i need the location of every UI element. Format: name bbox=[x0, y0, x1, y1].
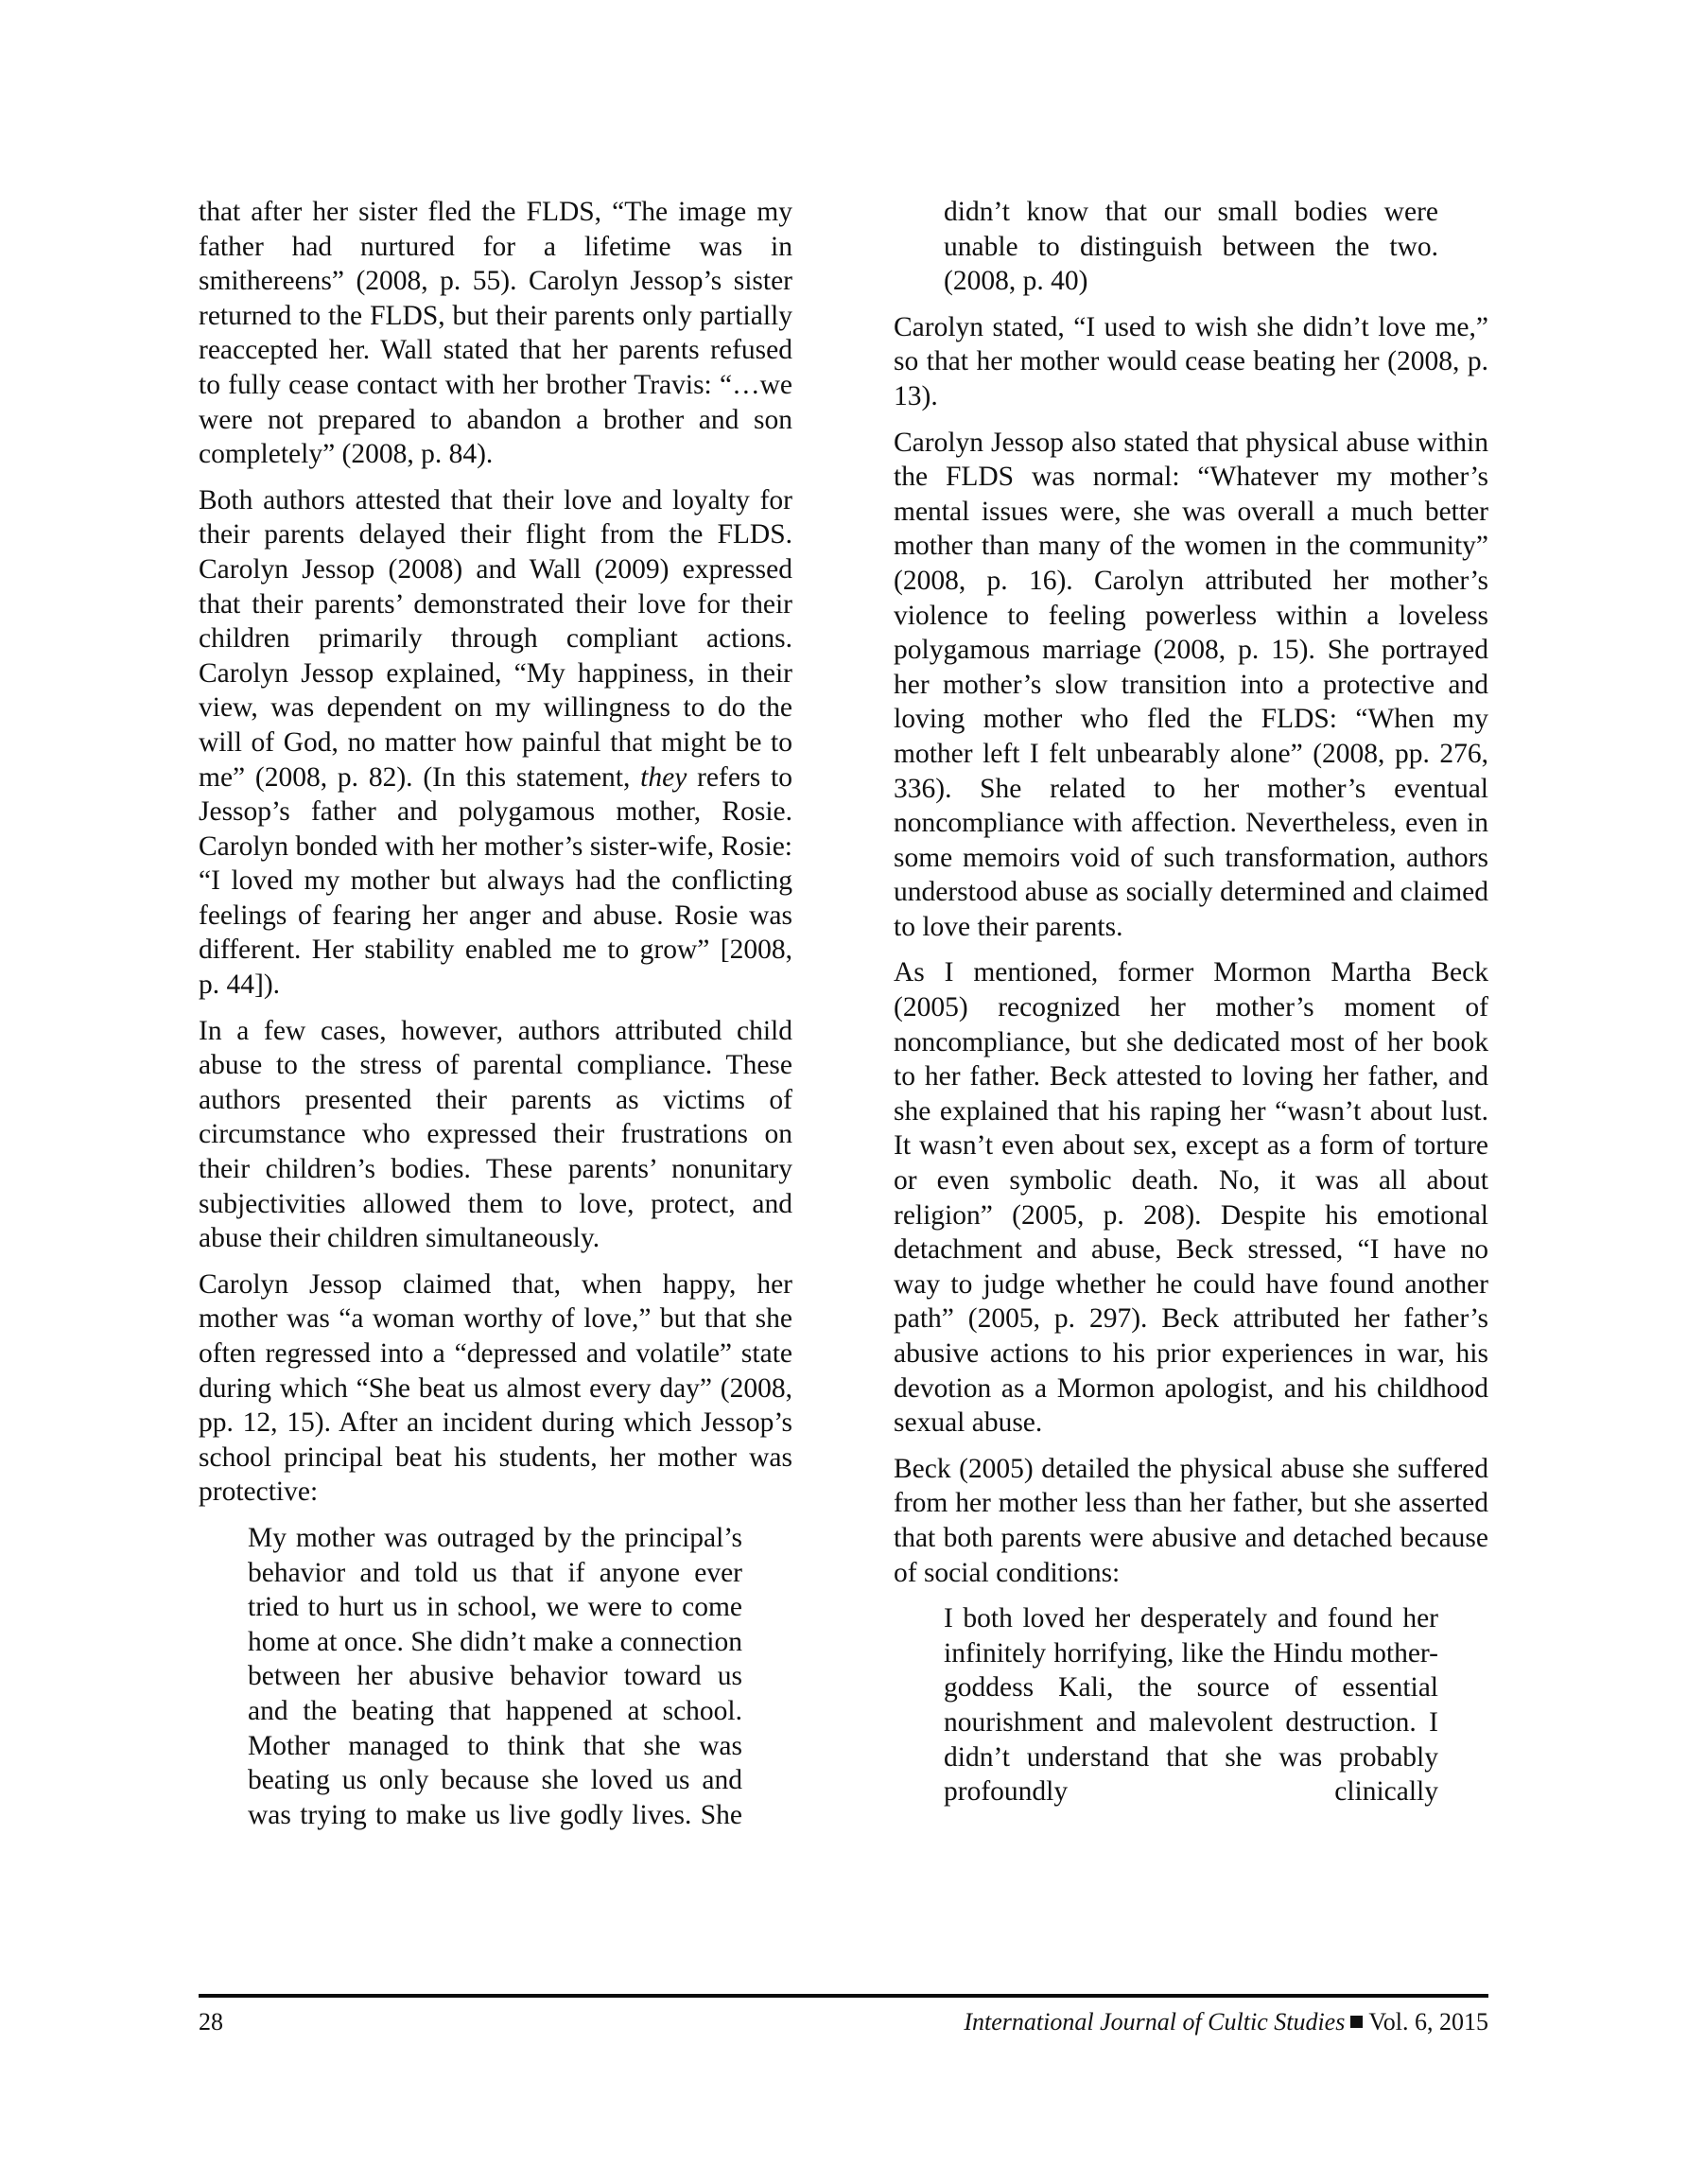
block-quote-continued: didn’t know that our small bodies were u… bbox=[894, 195, 1488, 299]
block-quote: I both loved her desperately and found h… bbox=[894, 1601, 1488, 1809]
italic-term: they bbox=[640, 762, 687, 793]
journal-citation: International Journal of Cultic StudiesV… bbox=[964, 2007, 1488, 2037]
paragraph: Beck (2005) detailed the physical abuse … bbox=[894, 1452, 1488, 1590]
paragraph: As I mentioned, former Mormon Martha Bec… bbox=[894, 955, 1488, 1440]
paragraph-text: Both authors attested that their love an… bbox=[199, 485, 792, 793]
paragraph: Carolyn Jessop claimed that, when happy,… bbox=[199, 1267, 792, 1510]
paragraph: Carolyn Jessop also stated that physical… bbox=[894, 426, 1488, 945]
right-column: didn’t know that our small bodies were u… bbox=[894, 195, 1488, 1821]
journal-name: International Journal of Cultic Studies bbox=[964, 2008, 1345, 2035]
page-number: 28 bbox=[199, 2007, 223, 2037]
paragraph: that after her sister fled the FLDS, “Th… bbox=[199, 195, 792, 472]
block-quote: My mother was outraged by the principal’… bbox=[199, 1521, 792, 1832]
journal-volume: Vol. 6, 2015 bbox=[1368, 2008, 1488, 2035]
document-page: that after her sister fled the FLDS, “Th… bbox=[0, 0, 1687, 2184]
left-column: that after her sister fled the FLDS, “Th… bbox=[199, 195, 792, 1843]
paragraph-text: refers to Jessop’s father and polygamous… bbox=[199, 762, 792, 1001]
footer-rule bbox=[199, 1994, 1488, 1998]
paragraph: In a few cases, however, authors attribu… bbox=[199, 1014, 792, 1256]
paragraph: Carolyn stated, “I used to wish she didn… bbox=[894, 310, 1488, 414]
paragraph: Both authors attested that their love an… bbox=[199, 483, 792, 1003]
square-separator-icon bbox=[1350, 2016, 1363, 2028]
